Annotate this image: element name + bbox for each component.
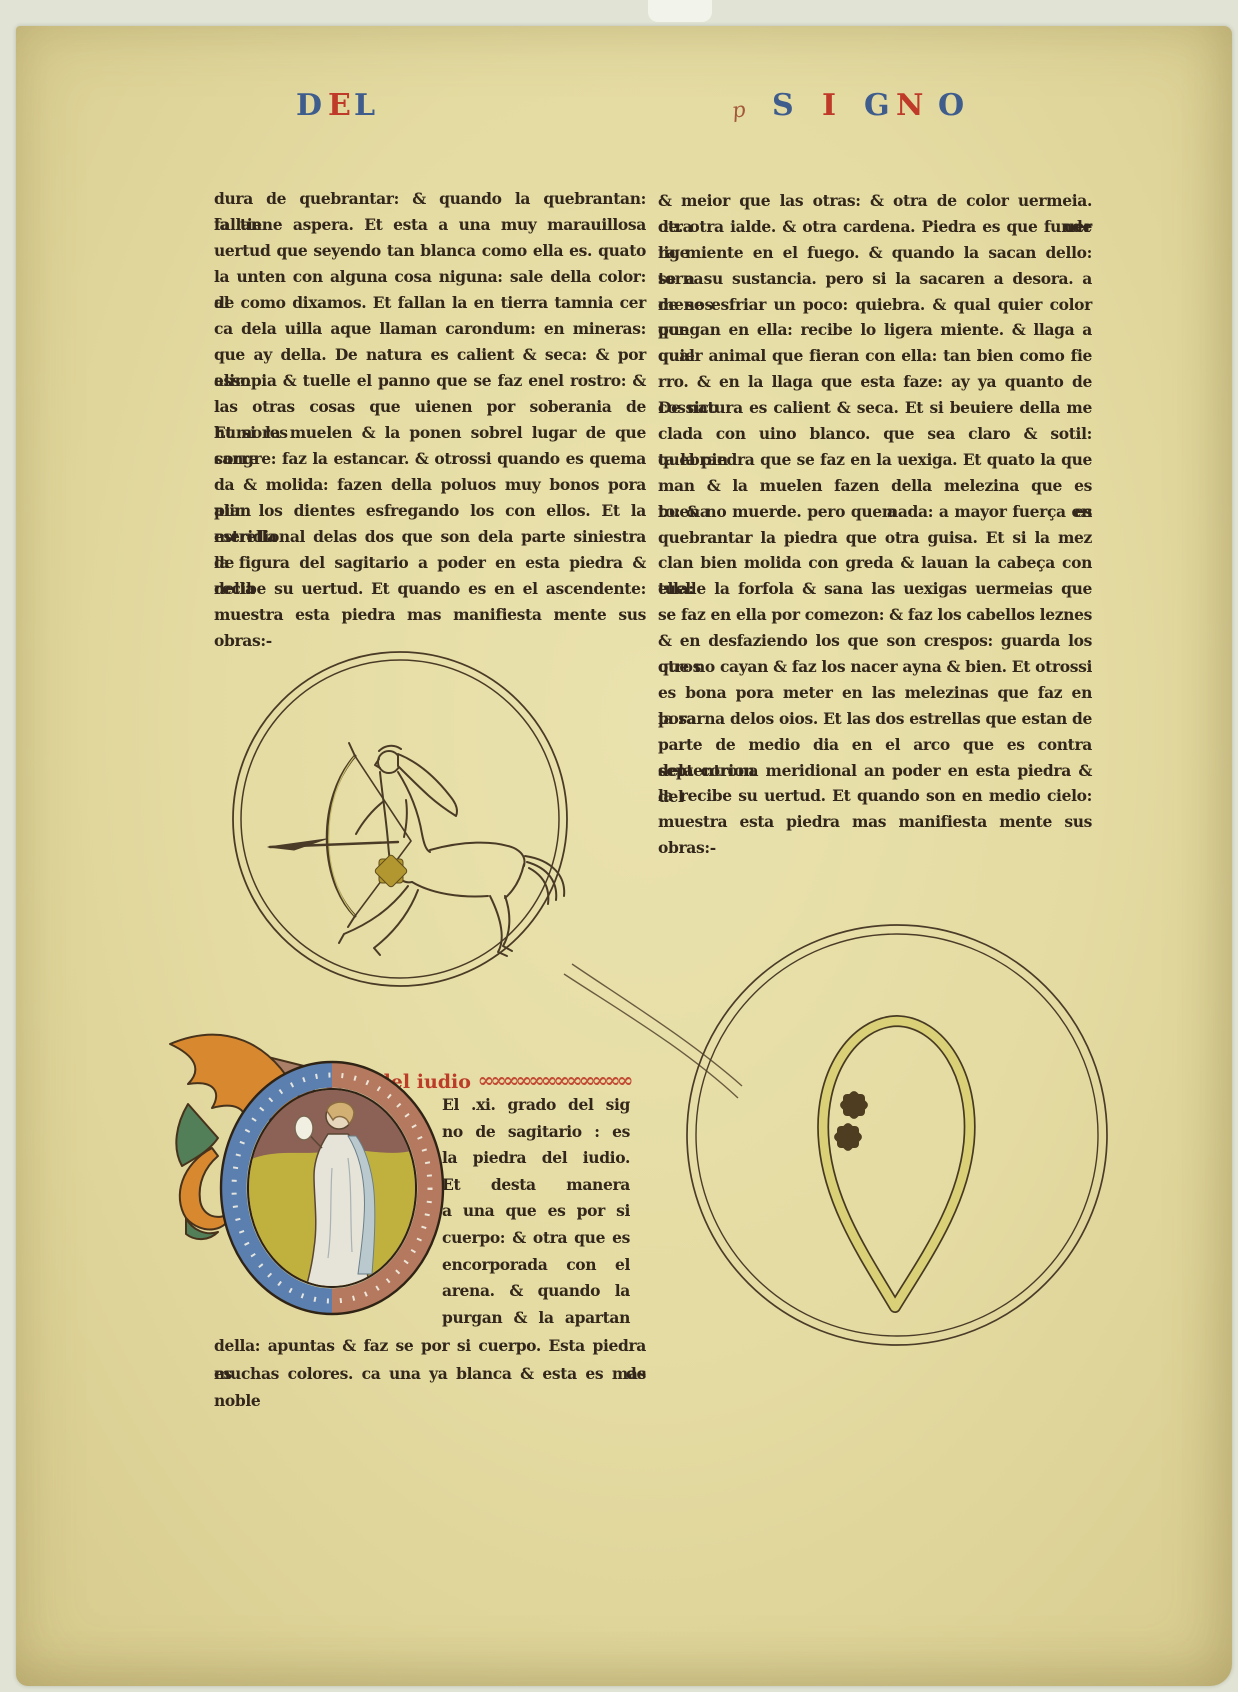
bow: [327, 756, 355, 916]
text-line: Et desta manera: [442, 1172, 630, 1199]
chapter-text-full-width: della: apuntas & faz se por si cuerpo. E…: [214, 1332, 646, 1387]
text-line: obras:-: [658, 835, 1092, 861]
text-line: es bona pora meter en las melezinas que …: [658, 680, 1092, 706]
text-line: clada con uino blanco. que sea claro & s…: [658, 421, 1092, 447]
text-line: & en desfaziendo los que son crespos: gu…: [658, 628, 1092, 654]
historiated-initial-figure: [152, 1008, 454, 1320]
header-letter: O: [938, 88, 964, 123]
text-line: quier animal que fieran con ella: tan bi…: [658, 343, 1092, 369]
text-line: rro. & en la llaga que esta faze: ay ya …: [658, 369, 1092, 395]
text-line: El .xi. grado del sig: [442, 1092, 630, 1119]
text-line: purgan & la apartan: [442, 1305, 630, 1332]
text-line: la unten con alguna cosa niguna: sale de…: [214, 264, 646, 290]
page-gap-notch: [648, 0, 712, 22]
diagram-inner-circle: [696, 934, 1098, 1336]
text-line: parte de medio dia en el arco que es con…: [658, 732, 1092, 758]
text-line: & meior que las otras: & otra de color u…: [658, 188, 1092, 214]
text-line: se faz en ella por comezon: & faz los ca…: [658, 602, 1092, 628]
text-line: meridional delas dos que son dela parte …: [214, 524, 646, 550]
text-line: da & molida: fazen della poluos muy bono…: [214, 472, 646, 498]
text-line: las otras cosas que uienen por soberania…: [214, 394, 646, 420]
star-mark: [832, 1121, 863, 1152]
text-line: quebrantar la piedra que otra guisa. Et …: [658, 525, 1092, 551]
text-line: uertud que seyendo tan blanca como ella …: [214, 238, 646, 264]
quire-mark: p: [730, 97, 747, 123]
text-line: pongan en ella: recibe lo ligera miente.…: [658, 317, 1092, 343]
text-line: muestra esta piedra mas manifiesta mente…: [658, 809, 1092, 835]
text-line: recibe su uertud. Et quando es en el asc…: [214, 576, 646, 602]
text-line: sangre: faz la estancar. & otrossi quand…: [214, 446, 646, 472]
text-line: tuelle la forfola & sana las uexigas uer…: [658, 576, 1092, 602]
text-line: dura de quebrantar: & quando la quebrant…: [214, 186, 646, 212]
text-line: de. otra ialde. & otra cardena. Piedra e…: [658, 214, 1092, 240]
horse-back: [430, 843, 525, 866]
text-line: to: & no muerde. pero quemada: a mayor f…: [658, 499, 1092, 525]
header-letter: E: [328, 88, 351, 123]
text-line: clan bien molida con greda & lauan la ca…: [658, 550, 1092, 576]
header-letter: L: [354, 88, 375, 123]
text-line: la sarna delos oios. Et las dos estrella…: [658, 706, 1092, 732]
text-line: ra miente en el fuego. & quando la sacan…: [658, 240, 1092, 266]
text-line: alimpia & tuelle el panno que se faz ene…: [214, 368, 646, 394]
running-title-right: p S I G N O: [716, 88, 976, 134]
text-line: piar los dientes esfregando los con ello…: [214, 498, 646, 524]
teardrop-yellow-band: [823, 1021, 970, 1307]
header-letter: D: [296, 88, 322, 123]
text-line: man & la muelen fazen della melezina que…: [658, 473, 1092, 499]
text-line: cuerpo: & otra que es: [442, 1225, 630, 1252]
left-text-column: dura de quebrantar: & quando la quebrant…: [214, 186, 646, 654]
running-title-left: D E L: [296, 88, 416, 134]
medallion-outer-circle: [233, 652, 567, 986]
sagittarius-medallion-figure: [222, 638, 578, 994]
text-line: de como dixamos. Et fallan la en tierra …: [214, 290, 646, 316]
manuscript-photo: { "header": { "left": [ {"ch": "D", "col…: [0, 0, 1238, 1692]
header-letter: I: [822, 88, 836, 123]
centaur-head: [378, 751, 400, 773]
header-letter: N: [896, 88, 923, 123]
medallion-inner-circle: [241, 660, 559, 978]
text-line: De natura es calient & seca. Et si beuie…: [658, 395, 1092, 421]
text-line: que no cayan & faz los nacer ayna & bien…: [658, 654, 1092, 680]
text-line: la figura del sagitario a poder en esta …: [214, 550, 646, 576]
horse-tail: [525, 856, 564, 904]
text-line: a una que es por si: [442, 1198, 630, 1225]
teardrop-outline: [823, 1021, 970, 1307]
chapter-text-beside-initial: El .xi. grado del signo de sagitario : e…: [442, 1092, 630, 1331]
text-line: muchas colores. ca una ya blanca & esta …: [214, 1360, 646, 1388]
star-mark: [838, 1089, 869, 1120]
text-line: que ay della. De natura es calient & sec…: [214, 342, 646, 368]
text-line: ta la piedra que se faz en la uexiga. Et…: [658, 447, 1092, 473]
text-line: muestra esta piedra mas manifiesta mente…: [214, 602, 646, 628]
text-line: dela corona meridional an poder en esta …: [658, 758, 1092, 784]
white-stone: [295, 1116, 313, 1140]
text-line: se a su sustancia. pero si la sacaren a …: [658, 266, 1092, 292]
text-line: no de sagitario : es: [442, 1119, 630, 1146]
text-line: la tiene aspera. Et esta a una muy marau…: [214, 212, 646, 238]
text-line: la recibe su uertud. Et quando son en me…: [658, 783, 1092, 809]
text-line: arena. & quando la: [442, 1278, 630, 1305]
diagram-outer-circle: [687, 925, 1107, 1345]
header-letter: G: [864, 88, 890, 123]
stone-diagram-figure: [678, 922, 1120, 1370]
manuscript-page: D E L p S I G N O dura de quebrantar: & …: [16, 26, 1232, 1686]
text-line: ca dela uilla aque llaman carondum: en m…: [214, 316, 646, 342]
right-text-column: & meior que las otras: & otra de color u…: [658, 188, 1092, 861]
text-line: la piedra del iudio.: [442, 1145, 630, 1172]
text-line: encorporada con el: [442, 1252, 630, 1279]
text-line: Et si la muelen & la ponen sobrel lugar …: [214, 420, 646, 446]
header-letter: S: [772, 88, 794, 123]
text-line: de se esfriar un poco: quiebra. & qual q…: [658, 292, 1092, 318]
rubric-line-filler: ∞∞∞∞∞∞∞∞∞∞∞∞: [478, 1068, 630, 1092]
text-line: della: apuntas & faz se por si cuerpo. E…: [214, 1332, 646, 1360]
